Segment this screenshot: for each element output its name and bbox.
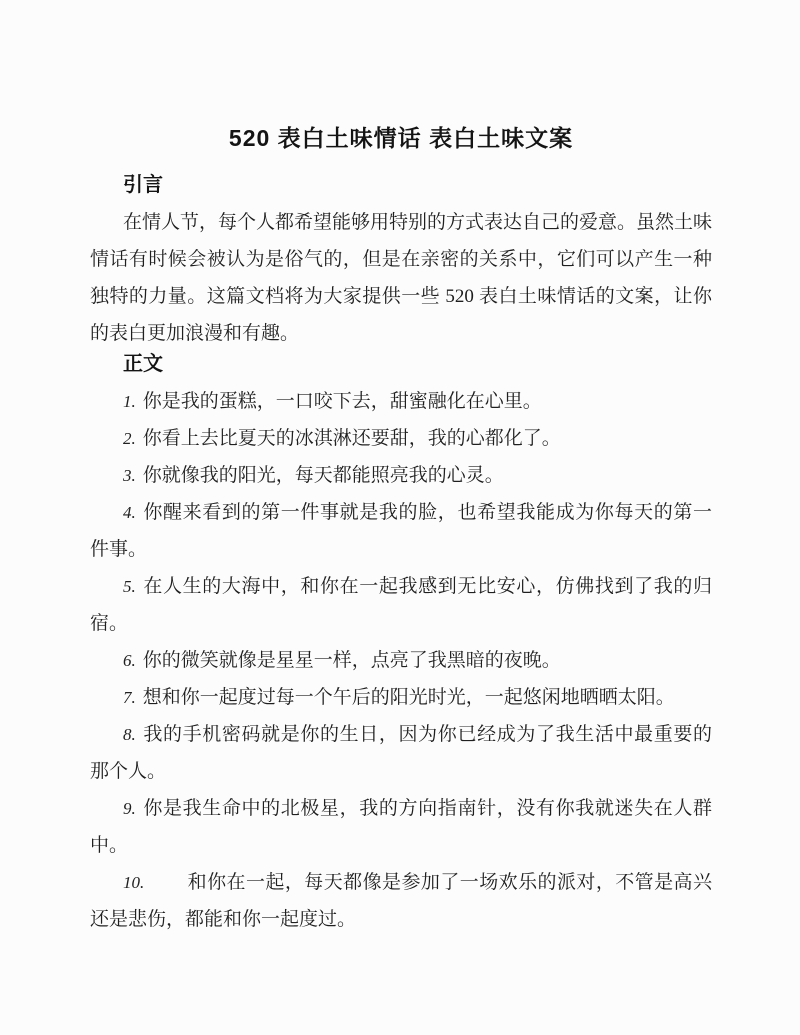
list-item-text: 你醒来看到的第一件事就是我的脸，也希望我能成为你每天的第一件事。 xyxy=(90,502,712,560)
list-item: 2.你看上去比夏天的冰淇淋还要甜，我的心都化了。 xyxy=(90,420,712,457)
list-item-text: 你是我生命中的北极星，我的方向指南针，没有你我就迷失在人群中。 xyxy=(90,798,712,856)
list-item-number: 7. xyxy=(123,688,136,707)
section-heading-intro: 引言 xyxy=(90,167,712,204)
love-quotes-list: 1.你是我的蛋糕，一口咬下去，甜蜜融化在心里。 2.你看上去比夏天的冰淇淋还要甜… xyxy=(90,383,712,938)
list-item-number: 1. xyxy=(123,392,136,411)
list-item: 4.你醒来看到的第一件事就是我的脸，也希望我能成为你每天的第一件事。 xyxy=(90,494,712,568)
list-item: 6.你的微笑就像是星星一样，点亮了我黑暗的夜晚。 xyxy=(90,642,712,679)
list-item-text: 你看上去比夏天的冰淇淋还要甜，我的心都化了。 xyxy=(143,428,561,449)
intro-paragraph: 在情人节，每个人都希望能够用特别的方式表达自己的爱意。虽然土味情话有时候会被认为… xyxy=(90,204,712,352)
list-item: 3.你就像我的阳光，每天都能照亮我的心灵。 xyxy=(90,457,712,494)
list-item-text: 和你在一起，每天都像是参加了一场欢乐的派对，不管是高兴还是悲伤，都能和你一起度过… xyxy=(90,872,712,930)
list-item-number: 6. xyxy=(123,651,136,670)
list-item-number: 5. xyxy=(123,577,136,596)
list-item: 8.我的手机密码就是你的生日，因为你已经成为了我生活中最重要的那个人。 xyxy=(90,716,712,790)
list-item-text: 在人生的大海中，和你在一起我感到无比安心，仿佛找到了我的归宿。 xyxy=(90,576,712,634)
document-title: 520 表白土味情话 表白土味文案 xyxy=(90,122,712,154)
list-item-number: 8. xyxy=(123,725,136,744)
list-item: 9.你是我生命中的北极星，我的方向指南针，没有你我就迷失在人群中。 xyxy=(90,790,712,864)
list-item: 7.想和你一起度过每一个午后的阳光时光，一起悠闲地晒晒太阳。 xyxy=(90,679,712,716)
list-item-number: 10. xyxy=(123,873,144,892)
list-item-text: 想和你一起度过每一个午后的阳光时光，一起悠闲地晒晒太阳。 xyxy=(143,687,675,708)
list-item: 10.和你在一起，每天都像是参加了一场欢乐的派对，不管是高兴还是悲伤，都能和你一… xyxy=(90,864,712,938)
list-item-text: 我的手机密码就是你的生日，因为你已经成为了我生活中最重要的那个人。 xyxy=(90,724,712,782)
list-item-number: 4. xyxy=(123,503,136,522)
list-item-text: 你就像我的阳光，每天都能照亮我的心灵。 xyxy=(143,465,504,486)
list-item-text: 你是我的蛋糕，一口咬下去，甜蜜融化在心里。 xyxy=(143,391,542,412)
list-item-text: 你的微笑就像是星星一样，点亮了我黑暗的夜晚。 xyxy=(143,650,561,671)
list-item-number: 3. xyxy=(123,466,136,485)
list-item-number: 2. xyxy=(123,429,136,448)
list-item-number: 9. xyxy=(123,799,136,818)
list-item: 5.在人生的大海中，和你在一起我感到无比安心，仿佛找到了我的归宿。 xyxy=(90,568,712,642)
document-page: 520 表白土味情话 表白土味文案 引言 在情人节，每个人都希望能够用特别的方式… xyxy=(0,0,800,1035)
list-item: 1.你是我的蛋糕，一口咬下去，甜蜜融化在心里。 xyxy=(90,383,712,420)
